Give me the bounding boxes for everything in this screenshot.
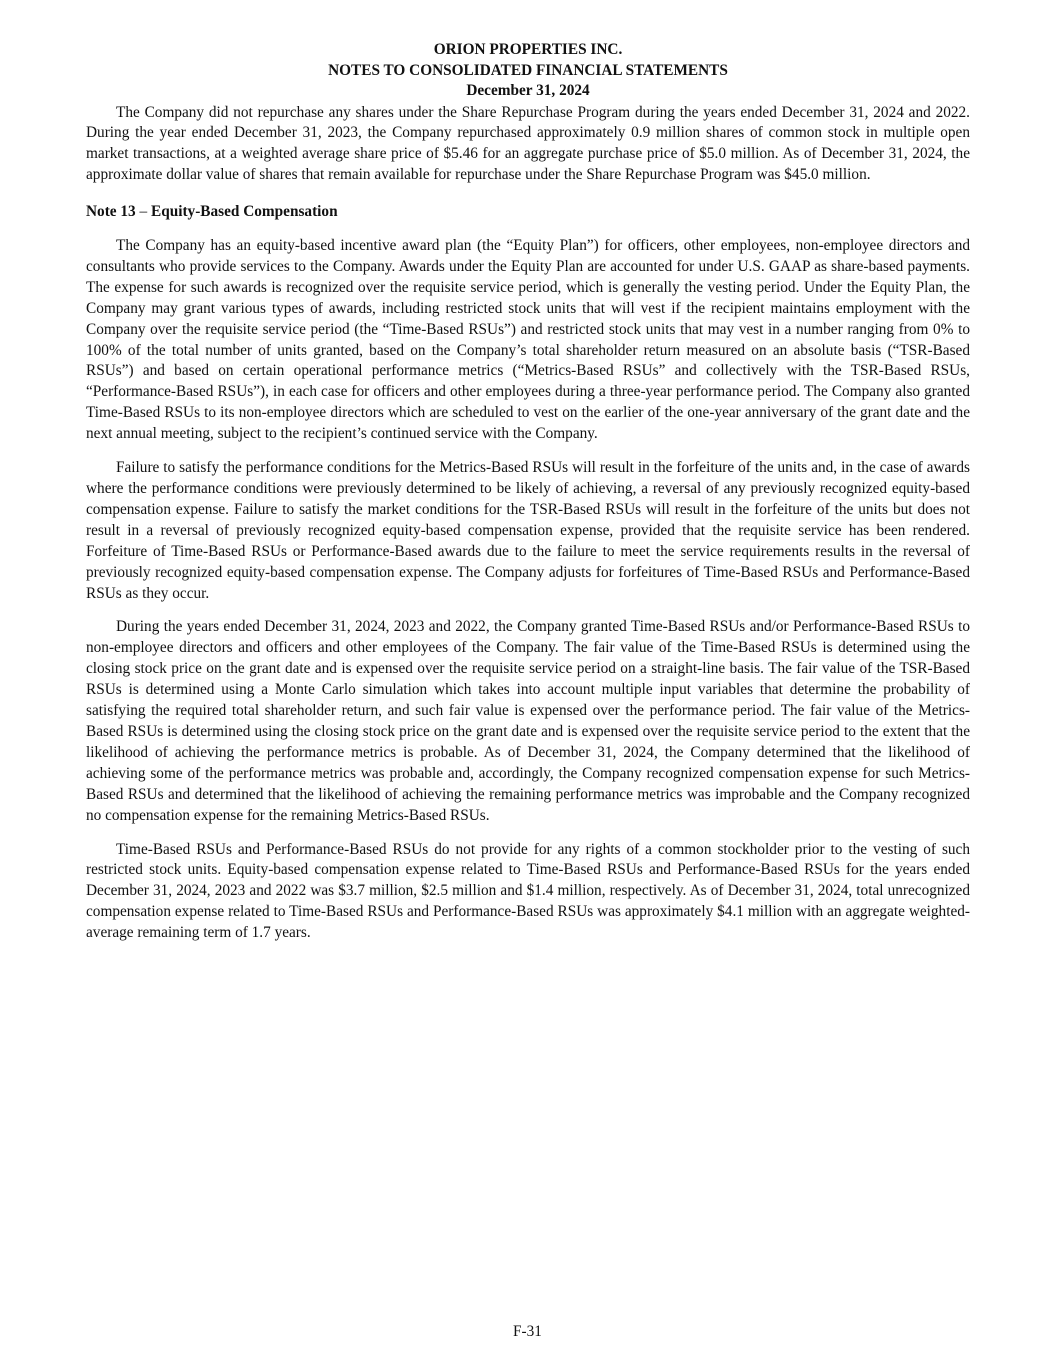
statement-date: December 31, 2024 (86, 81, 970, 102)
share-repurchase-paragraph: The Company did not repurchase any share… (86, 103, 970, 187)
company-name: ORION PROPERTIES INC. (86, 40, 970, 61)
compensation-expense-paragraph: Time-Based RSUs and Performance-Based RS… (86, 840, 970, 945)
forfeiture-paragraph: Failure to satisfy the performance condi… (86, 458, 970, 604)
statement-title: NOTES TO CONSOLIDATED FINANCIAL STATEMEN… (86, 61, 970, 82)
note-title: Equity-Based Compensation (151, 203, 338, 220)
note-heading: Note 13 – Equity-Based Compensation (86, 202, 970, 223)
grants-fair-value-paragraph: During the years ended December 31, 2024… (86, 617, 970, 826)
note-number: Note 13 (86, 203, 136, 220)
note-dash: – (136, 203, 151, 220)
page-header: ORION PROPERTIES INC. NOTES TO CONSOLIDA… (86, 40, 970, 102)
equity-plan-paragraph: The Company has an equity-based incentiv… (86, 236, 970, 445)
document-page: ORION PROPERTIES INC. NOTES TO CONSOLIDA… (86, 40, 970, 944)
page-number: F-31 (0, 1322, 1055, 1342)
